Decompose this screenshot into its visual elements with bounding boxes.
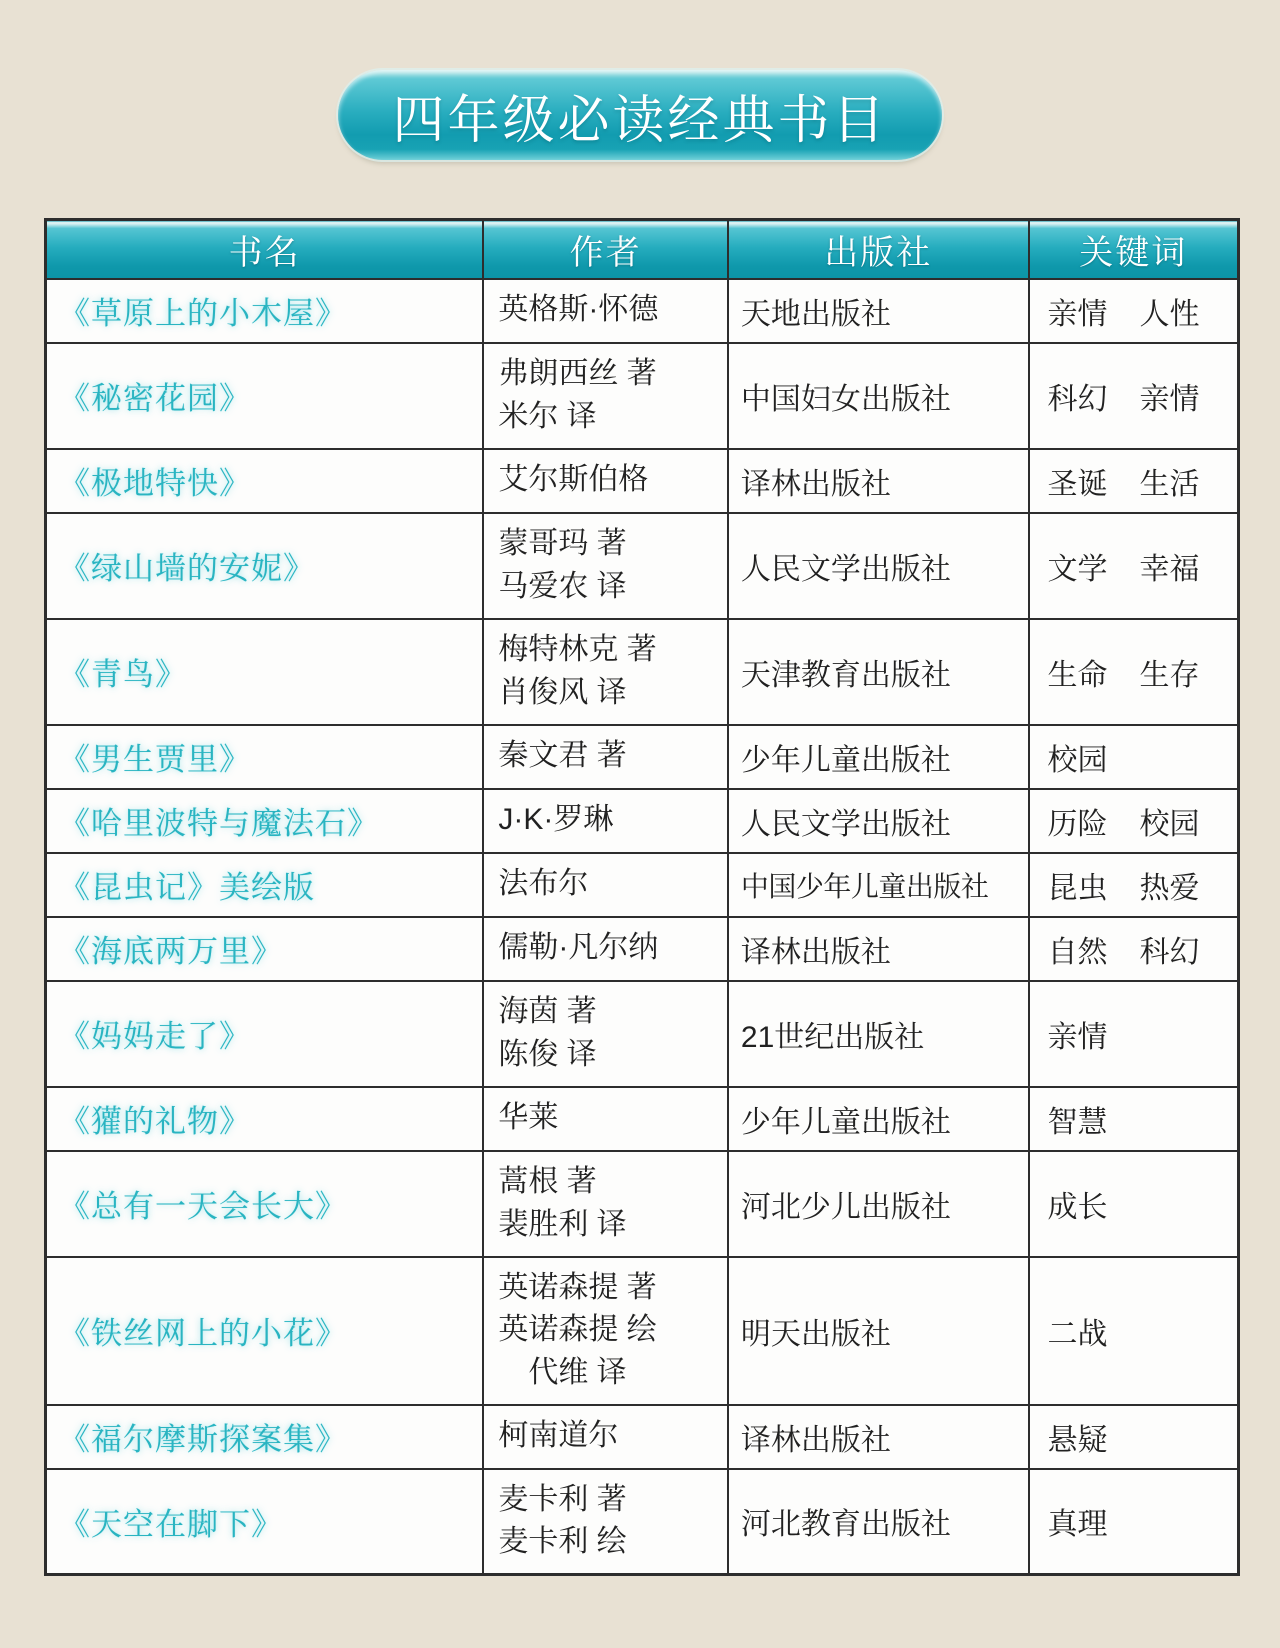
book-title: 《青鸟》 [46, 619, 484, 725]
table-row: 《绿山墙的安妮》蒙哥玛 著马爱农 译人民文学出版社文学幸福 [46, 513, 1239, 619]
author-line: 艾尔斯伯格 [498, 459, 727, 502]
keyword: 二战 [1048, 1309, 1108, 1353]
keyword: 圣诞 [1048, 459, 1108, 503]
book-table-body: 《草原上的小木屋》英格斯·怀德天地出版社亲情人性《秘密花园》弗朗西丝 著米尔 译… [46, 279, 1239, 1575]
keywords-cell: 生命生存 [1029, 619, 1239, 725]
keywords-cell: 校园 [1029, 725, 1239, 789]
table-row: 《铁丝网上的小花》英诺森提 著英诺森提 绘代维 译明天出版社二战 [46, 1257, 1239, 1405]
author-line: 英诺森提 著 [498, 1267, 727, 1310]
author-line: 蒿根 著 [498, 1161, 727, 1204]
table-row: 《秘密花园》弗朗西丝 著米尔 译中国妇女出版社科幻亲情 [46, 343, 1239, 449]
keyword: 亲情 [1048, 289, 1108, 333]
author-cell: J·K·罗琳 [483, 789, 728, 853]
table-row: 《草原上的小木屋》英格斯·怀德天地出版社亲情人性 [46, 279, 1239, 343]
book-title: 《总有一天会长大》 [46, 1151, 484, 1257]
keyword: 悬疑 [1048, 1415, 1108, 1459]
keyword: 生活 [1140, 459, 1200, 503]
author-line: 米尔 译 [498, 396, 727, 439]
keywords-cell: 亲情人性 [1029, 279, 1239, 343]
column-header-book: 书名 [46, 220, 484, 279]
author-cell: 弗朗西丝 著米尔 译 [483, 343, 728, 449]
book-title: 《福尔摩斯探案集》 [46, 1405, 484, 1469]
author-cell: 秦文君 著 [483, 725, 728, 789]
author-cell: 法布尔 [483, 853, 728, 917]
book-title: 《男生贾里》 [46, 725, 484, 789]
title-banner: 四年级必读经典书目 [0, 0, 1280, 160]
book-title: 《昆虫记》美绘版 [46, 853, 484, 917]
column-header-publisher: 出版社 [728, 220, 1029, 279]
author-line: 陈俊 译 [498, 1034, 727, 1077]
keyword: 历险 [1048, 799, 1108, 843]
author-line: 弗朗西丝 著 [498, 353, 727, 396]
author-cell: 华莱 [483, 1087, 728, 1151]
author-line: 麦卡利 绘 [498, 1521, 727, 1564]
keyword: 热爱 [1140, 863, 1200, 907]
table-row: 《獾的礼物》华莱少年儿童出版社智慧 [46, 1087, 1239, 1151]
publisher-cell: 天地出版社 [728, 279, 1029, 343]
keyword: 校园 [1140, 799, 1200, 843]
keywords-cell: 成长 [1029, 1151, 1239, 1257]
table-row: 《总有一天会长大》蒿根 著裴胜利 译河北少儿出版社成长 [46, 1151, 1239, 1257]
book-title: 《秘密花园》 [46, 343, 484, 449]
publisher-cell: 河北教育出版社 [728, 1469, 1029, 1575]
book-table-header: 书名 作者 出版社 关键词 [46, 220, 1239, 279]
book-title: 《绿山墙的安妮》 [46, 513, 484, 619]
author-cell: 梅特林克 著肖俊风 译 [483, 619, 728, 725]
keyword: 亲情 [1140, 374, 1200, 418]
publisher-cell: 中国少年儿童出版社 [728, 853, 1029, 917]
table-row: 《天空在脚下》麦卡利 著麦卡利 绘河北教育出版社真理 [46, 1469, 1239, 1575]
keywords-cell: 自然科幻 [1029, 917, 1239, 981]
keyword: 亲情 [1048, 1012, 1108, 1056]
book-title: 《天空在脚下》 [46, 1469, 484, 1575]
publisher-cell: 人民文学出版社 [728, 513, 1029, 619]
author-line: 法布尔 [498, 863, 727, 906]
keyword: 人性 [1140, 289, 1200, 333]
table-row: 《海底两万里》儒勒·凡尔纳译林出版社自然科幻 [46, 917, 1239, 981]
column-header-keywords: 关键词 [1029, 220, 1239, 279]
keyword: 自然 [1048, 927, 1108, 971]
keyword: 幸福 [1140, 544, 1200, 588]
publisher-cell: 译林出版社 [728, 917, 1029, 981]
author-line: 秦文君 著 [498, 735, 727, 778]
keywords-cell: 历险校园 [1029, 789, 1239, 853]
keywords-cell: 智慧 [1029, 1087, 1239, 1151]
keyword: 生命 [1048, 650, 1108, 694]
author-cell: 儒勒·凡尔纳 [483, 917, 728, 981]
keywords-cell: 真理 [1029, 1469, 1239, 1575]
publisher-cell: 译林出版社 [728, 449, 1029, 513]
publisher-cell: 少年儿童出版社 [728, 1087, 1029, 1151]
table-row: 《福尔摩斯探案集》柯南道尔译林出版社悬疑 [46, 1405, 1239, 1469]
table-row: 《极地特快》艾尔斯伯格译林出版社圣诞生活 [46, 449, 1239, 513]
table-row: 《昆虫记》美绘版法布尔中国少年儿童出版社昆虫热爱 [46, 853, 1239, 917]
book-title: 《妈妈走了》 [46, 981, 484, 1087]
author-line: 马爱农 译 [498, 566, 727, 609]
author-line: 英格斯·怀德 [498, 289, 727, 332]
keywords-cell: 二战 [1029, 1257, 1239, 1405]
publisher-cell: 中国妇女出版社 [728, 343, 1029, 449]
book-title: 《铁丝网上的小花》 [46, 1257, 484, 1405]
author-cell: 海茵 著陈俊 译 [483, 981, 728, 1087]
table-row: 《男生贾里》秦文君 著少年儿童出版社校园 [46, 725, 1239, 789]
page: { "title": "四年级必读经典书目", "theme": { "page… [0, 0, 1280, 1648]
publisher-cell: 21世纪出版社 [728, 981, 1029, 1087]
author-cell: 英诺森提 著英诺森提 绘代维 译 [483, 1257, 728, 1405]
author-line: 海茵 著 [498, 991, 727, 1034]
publisher-cell: 人民文学出版社 [728, 789, 1029, 853]
keyword: 成长 [1048, 1182, 1108, 1226]
keywords-cell: 文学幸福 [1029, 513, 1239, 619]
author-line: 梅特林克 著 [498, 629, 727, 672]
author-cell: 蒙哥玛 著马爱农 译 [483, 513, 728, 619]
author-line: 肖俊风 译 [498, 672, 727, 715]
keywords-cell: 圣诞生活 [1029, 449, 1239, 513]
keyword: 校园 [1048, 735, 1108, 779]
keyword: 生存 [1140, 650, 1200, 694]
page-title: 四年级必读经典书目 [338, 70, 941, 160]
book-title: 《草原上的小木屋》 [46, 279, 484, 343]
table-row: 《青鸟》梅特林克 著肖俊风 译天津教育出版社生命生存 [46, 619, 1239, 725]
book-title: 《海底两万里》 [46, 917, 484, 981]
publisher-cell: 天津教育出版社 [728, 619, 1029, 725]
author-cell: 麦卡利 著麦卡利 绘 [483, 1469, 728, 1575]
keywords-cell: 悬疑 [1029, 1405, 1239, 1469]
author-line: J·K·罗琳 [498, 799, 727, 842]
table-row: 《妈妈走了》海茵 著陈俊 译21世纪出版社亲情 [46, 981, 1239, 1087]
publisher-cell: 少年儿童出版社 [728, 725, 1029, 789]
author-line: 儒勒·凡尔纳 [498, 927, 727, 970]
book-table: 书名 作者 出版社 关键词 《草原上的小木屋》英格斯·怀德天地出版社亲情人性《秘… [44, 218, 1240, 1576]
keywords-cell: 昆虫热爱 [1029, 853, 1239, 917]
author-cell: 艾尔斯伯格 [483, 449, 728, 513]
book-title: 《哈里波特与魔法石》 [46, 789, 484, 853]
keywords-cell: 亲情 [1029, 981, 1239, 1087]
keyword: 科幻 [1140, 927, 1200, 971]
book-title: 《獾的礼物》 [46, 1087, 484, 1151]
publisher-cell: 译林出版社 [728, 1405, 1029, 1469]
author-line: 麦卡利 著 [498, 1479, 727, 1522]
book-list-section: 书名 作者 出版社 关键词 《草原上的小木屋》英格斯·怀德天地出版社亲情人性《秘… [44, 218, 1240, 1576]
keyword: 文学 [1048, 544, 1108, 588]
author-cell: 柯南道尔 [483, 1405, 728, 1469]
column-header-author: 作者 [483, 220, 728, 279]
author-line: 英诺森提 绘 [498, 1309, 727, 1352]
book-title: 《极地特快》 [46, 449, 484, 513]
keywords-cell: 科幻亲情 [1029, 343, 1239, 449]
keyword: 真理 [1048, 1499, 1108, 1543]
header-row: 书名 作者 出版社 关键词 [46, 220, 1239, 279]
author-line: 蒙哥玛 著 [498, 523, 727, 566]
author-line: 柯南道尔 [498, 1415, 727, 1458]
author-line: 裴胜利 译 [498, 1204, 727, 1247]
keyword: 科幻 [1048, 374, 1108, 418]
table-row: 《哈里波特与魔法石》J·K·罗琳人民文学出版社历险校园 [46, 789, 1239, 853]
author-cell: 蒿根 著裴胜利 译 [483, 1151, 728, 1257]
publisher-cell: 河北少儿出版社 [728, 1151, 1029, 1257]
keyword: 智慧 [1048, 1097, 1108, 1141]
author-line: 代维 译 [498, 1352, 727, 1395]
author-line: 华莱 [498, 1097, 727, 1140]
author-cell: 英格斯·怀德 [483, 279, 728, 343]
keyword: 昆虫 [1048, 863, 1108, 907]
publisher-cell: 明天出版社 [728, 1257, 1029, 1405]
